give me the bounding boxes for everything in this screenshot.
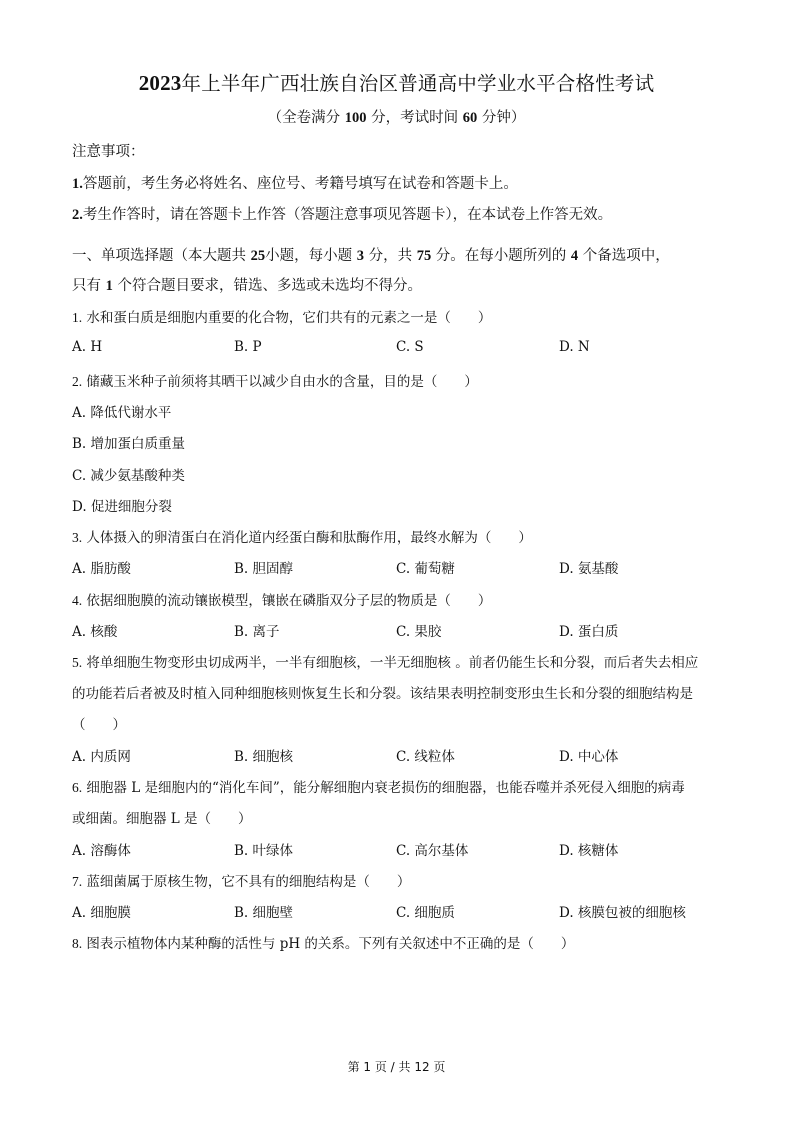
- points-total: 75: [417, 248, 432, 264]
- section-text: 只有: [72, 278, 101, 294]
- question-stem: 人体摄入的卵清蛋白在消化道内经蛋白酶和肽酶作用，最终水解为（ ）: [86, 530, 532, 546]
- q5-option-d: D. 中心体: [559, 745, 618, 765]
- note-number: 2.: [72, 207, 83, 223]
- question-stem: 水和蛋白质是细胞内重要的化合物，它们共有的元素之一是（ ）: [86, 310, 491, 326]
- q4-option-b: B. 离子: [234, 620, 280, 640]
- full-score: 100: [345, 110, 367, 126]
- q1-option-c: C. S: [396, 339, 424, 355]
- question-8: 8. 图表示植物体内某种酶的活性与 pH 的关系。下列有关叙述中不正确的是（ ）: [72, 932, 574, 952]
- section-text: 分。在每小题所列的: [436, 248, 567, 264]
- subtitle-text: 分，考试时间: [371, 110, 458, 126]
- question-number: 2.: [72, 374, 82, 389]
- note-number: 1.: [72, 176, 83, 192]
- subtitle-text: 分钟）: [482, 110, 526, 126]
- exam-subtitle: （全卷满分 100 分，考试时间 60 分钟）: [0, 106, 793, 127]
- section-instructions-line-2: 只有 1 个符合题目要求，错选、多选或未选均不得分。: [72, 274, 422, 295]
- q5-option-a: A. 内质网: [72, 745, 131, 765]
- q3-option-c: C. 葡萄糖: [396, 557, 455, 577]
- q7-option-d: D. 核膜包被的细胞核: [559, 901, 686, 921]
- question-number: 8.: [72, 936, 82, 951]
- q2-option-a: A. 降低代谢水平: [72, 401, 171, 421]
- subtitle-text: （全卷满分: [268, 110, 341, 126]
- q2-option-c: C. 减少氨基酸种类: [72, 464, 185, 484]
- q7-option-c: C. 细胞质: [396, 901, 455, 921]
- q6-option-a: A. 溶酶体: [72, 839, 131, 859]
- q2-option-d: D. 促进细胞分裂: [72, 495, 172, 515]
- section-text: 小题，每小题: [265, 248, 352, 264]
- q3-option-d: D. 氨基酸: [559, 557, 618, 577]
- question-number: 1.: [72, 310, 82, 325]
- q4-option-d: D. 蛋白质: [559, 620, 618, 640]
- section-instructions-line-1: 一、单项选择题（本大题共 25小题，每小题 3 分，共 75 分。在每小题所列的…: [72, 244, 670, 265]
- question-2: 2. 储藏玉米种子前须将其晒干以减少自由水的含量，目的是（ ）: [72, 370, 478, 390]
- section-text: 个备选项中，: [583, 248, 670, 264]
- question-number: 7.: [72, 874, 82, 889]
- question-number: 6.: [72, 780, 82, 795]
- question-5: 5. 将单细胞生物变形虫切成两半，一半有细胞核，一半无细胞核 。前者仍能生长和分…: [72, 651, 698, 671]
- question-7: 7. 蓝细菌属于原核生物，它不具有的细胞结构是（ ）: [72, 870, 410, 890]
- section-text: 分，共: [369, 248, 413, 264]
- question-3: 3. 人体摄入的卵清蛋白在消化道内经蛋白酶和肽酶作用，最终水解为（ ）: [72, 526, 532, 546]
- question-number: 5.: [72, 655, 82, 670]
- question-5-line-2: 的功能若后者被及时植入同种细胞核则恢复生长和分裂。该结果表明控制变形虫生长和分裂…: [72, 682, 693, 702]
- question-6: 6. 细胞器 L 是细胞内的“消化车间”，能分解细胞内衰老损伤的细胞器，也能吞噬…: [72, 776, 685, 796]
- note-text: 答题前，考生务必将姓名、座位号、考籍号填写在试卷和答题卡上。: [83, 176, 518, 192]
- q6-option-c: C. 高尔基体: [396, 839, 468, 859]
- q5-option-c: C. 线粒体: [396, 745, 455, 765]
- title-text: 年上半年广西壮族自治区普通高中学业水平合格性考试: [182, 72, 655, 95]
- q4-option-a: A. 核酸: [72, 620, 117, 640]
- option-count: 4: [571, 248, 578, 264]
- points-each: 3: [357, 248, 364, 264]
- q1-option-d: D. N: [559, 339, 590, 355]
- q7-option-b: B. 细胞壁: [234, 901, 293, 921]
- page-footer: 第 1 页 / 共 12 页: [0, 1058, 793, 1075]
- question-4: 4. 依据细胞膜的流动镶嵌模型，镶嵌在磷脂双分子层的物质是（ ）: [72, 589, 491, 609]
- question-stem: 蓝细菌属于原核生物，它不具有的细胞结构是（ ）: [86, 874, 410, 890]
- question-5-line-3: （ ）: [72, 713, 126, 733]
- question-1: 1. 水和蛋白质是细胞内重要的化合物，它们共有的元素之一是（ ）: [72, 306, 491, 326]
- question-stem: 细胞器 L 是细胞内的“消化车间”，能分解细胞内衰老损伤的细胞器，也能吞噬并杀死…: [86, 780, 684, 796]
- q5-option-b: B. 细胞核: [234, 745, 293, 765]
- q6-option-d: D. 核糖体: [559, 839, 618, 859]
- notes-heading: 注意事项：: [72, 140, 145, 161]
- note-item-1: 1.答题前，考生务必将姓名、座位号、考籍号填写在试卷和答题卡上。: [72, 172, 518, 193]
- q6-option-b: B. 叶绿体: [234, 839, 293, 859]
- question-number: 3.: [72, 530, 82, 545]
- question-stem: 将单细胞生物变形虫切成两半，一半有细胞核，一半无细胞核 。前者仍能生长和分裂，而…: [86, 655, 698, 671]
- question-count: 25: [251, 248, 266, 264]
- question-stem: 依据细胞膜的流动镶嵌模型，镶嵌在磷脂双分子层的物质是（ ）: [86, 593, 491, 609]
- q3-option-a: A. 脂肪酸: [72, 557, 131, 577]
- section-text: 一、单项选择题（本大题共: [72, 248, 246, 264]
- q1-option-b: B. P: [234, 339, 262, 355]
- q7-option-a: A. 细胞膜: [72, 901, 131, 921]
- question-6-line-2: 或细菌。细胞器 L 是（ ）: [72, 807, 252, 827]
- section-text: 个符合题目要求，错选、多选或未选均不得分。: [117, 278, 422, 294]
- question-stem: 图表示植物体内某种酶的活性与 pH 的关系。下列有关叙述中不正确的是（ ）: [86, 936, 574, 952]
- note-item-2: 2.考生作答时，请在答题卡上作答（答题注意事项见答题卡），在本试卷上作答无效。: [72, 203, 612, 224]
- q3-option-b: B. 胆固醇: [234, 557, 293, 577]
- title-year: 2023: [139, 71, 182, 95]
- exam-title: 2023年上半年广西壮族自治区普通高中学业水平合格性考试: [0, 68, 793, 96]
- exam-time: 60: [463, 110, 478, 126]
- note-text: 考生作答时，请在答题卡上作答（答题注意事项见答题卡），在本试卷上作答无效。: [83, 207, 612, 223]
- correct-count: 1: [106, 278, 113, 294]
- q2-option-b: B. 增加蛋白质重量: [72, 432, 185, 452]
- question-stem: 储藏玉米种子前须将其晒干以减少自由水的含量，目的是（ ）: [86, 374, 478, 390]
- question-number: 4.: [72, 593, 82, 608]
- q1-option-a: A. H: [72, 339, 102, 355]
- q4-option-c: C. 果胶: [396, 620, 441, 640]
